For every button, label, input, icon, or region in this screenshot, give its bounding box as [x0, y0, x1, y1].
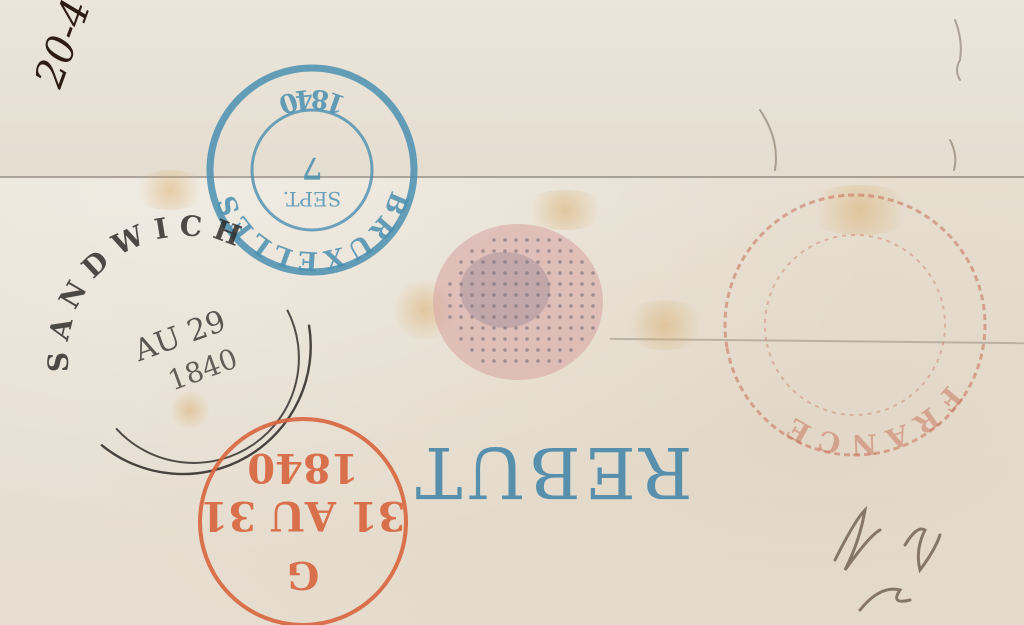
rebut-mark: REBUT — [412, 431, 693, 513]
postmark-arrival-red: G 31 AU 31 1840 — [200, 419, 406, 625]
svg-text:1840: 1840 — [275, 83, 350, 120]
svg-text:FRANCE: FRANCE — [770, 376, 975, 476]
svg-text:20-4: 20-4 — [26, 0, 100, 94]
svg-text:1840: 1840 — [247, 444, 358, 491]
svg-text:31 AU 31: 31 AU 31 — [200, 492, 405, 539]
manuscript-scribble — [835, 510, 940, 610]
svg-text:G: G — [287, 553, 319, 598]
svg-text:REBUT: REBUT — [412, 431, 693, 513]
manuscript-note: 20-4 — [26, 0, 100, 94]
wax-seal — [433, 224, 603, 380]
postal-cover-photo: 20-4 BRUXELLES 1840 7 SEPT. — [0, 0, 1024, 625]
postmark-faint-red: FRANCE — [704, 174, 1006, 482]
postmarks-layer: 20-4 BRUXELLES 1840 7 SEPT. — [0, 0, 1024, 625]
manuscript-faint-top-right — [760, 20, 961, 170]
svg-text:SEPT.: SEPT. — [283, 187, 342, 211]
svg-text:7: 7 — [302, 150, 323, 185]
